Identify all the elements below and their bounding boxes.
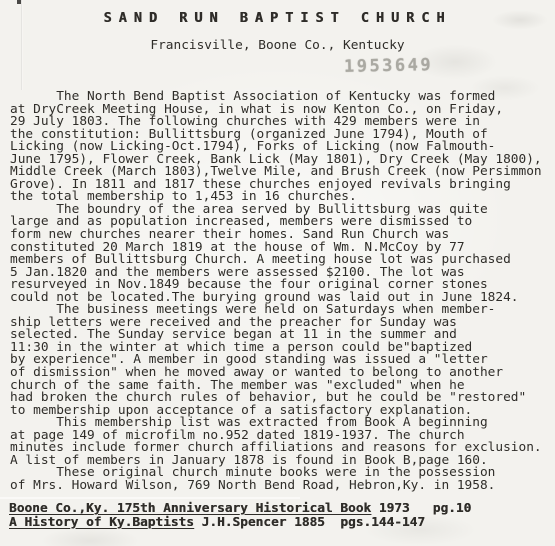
reference-title: A History of Ky.Baptists xyxy=(9,515,194,530)
reference-detail: J.H.Spencer 1885 pgs.144-147 xyxy=(194,515,425,530)
reference-line: Boone Co.,Ky. 175th Anniversary Historic… xyxy=(9,502,471,516)
reference-line: A History of Ky.Baptists J.H.Spencer 188… xyxy=(9,516,471,530)
accession-number-stamp: 1953649 xyxy=(344,55,434,77)
reference-title: Boone Co.,Ky. 175th Anniversary Historic… xyxy=(9,501,371,516)
text-line: of Mrs. Howard Wilson, 769 North Bend Ro… xyxy=(10,480,553,493)
document-title: SAND RUN BAPTIST CHURCH xyxy=(0,10,555,26)
scan-scratch-line xyxy=(0,497,300,499)
document-subtitle: Francisville, Boone Co., Kentucky xyxy=(0,38,555,53)
reference-detail: 1973 pg.10 xyxy=(371,501,471,516)
source-references: Boone Co.,Ky. 175th Anniversary Historic… xyxy=(9,502,471,530)
document-body: The North Bend Baptist Association of Ke… xyxy=(10,91,553,493)
scanned-document-page: SAND RUN BAPTIST CHURCH Francisville, Bo… xyxy=(0,0,555,546)
